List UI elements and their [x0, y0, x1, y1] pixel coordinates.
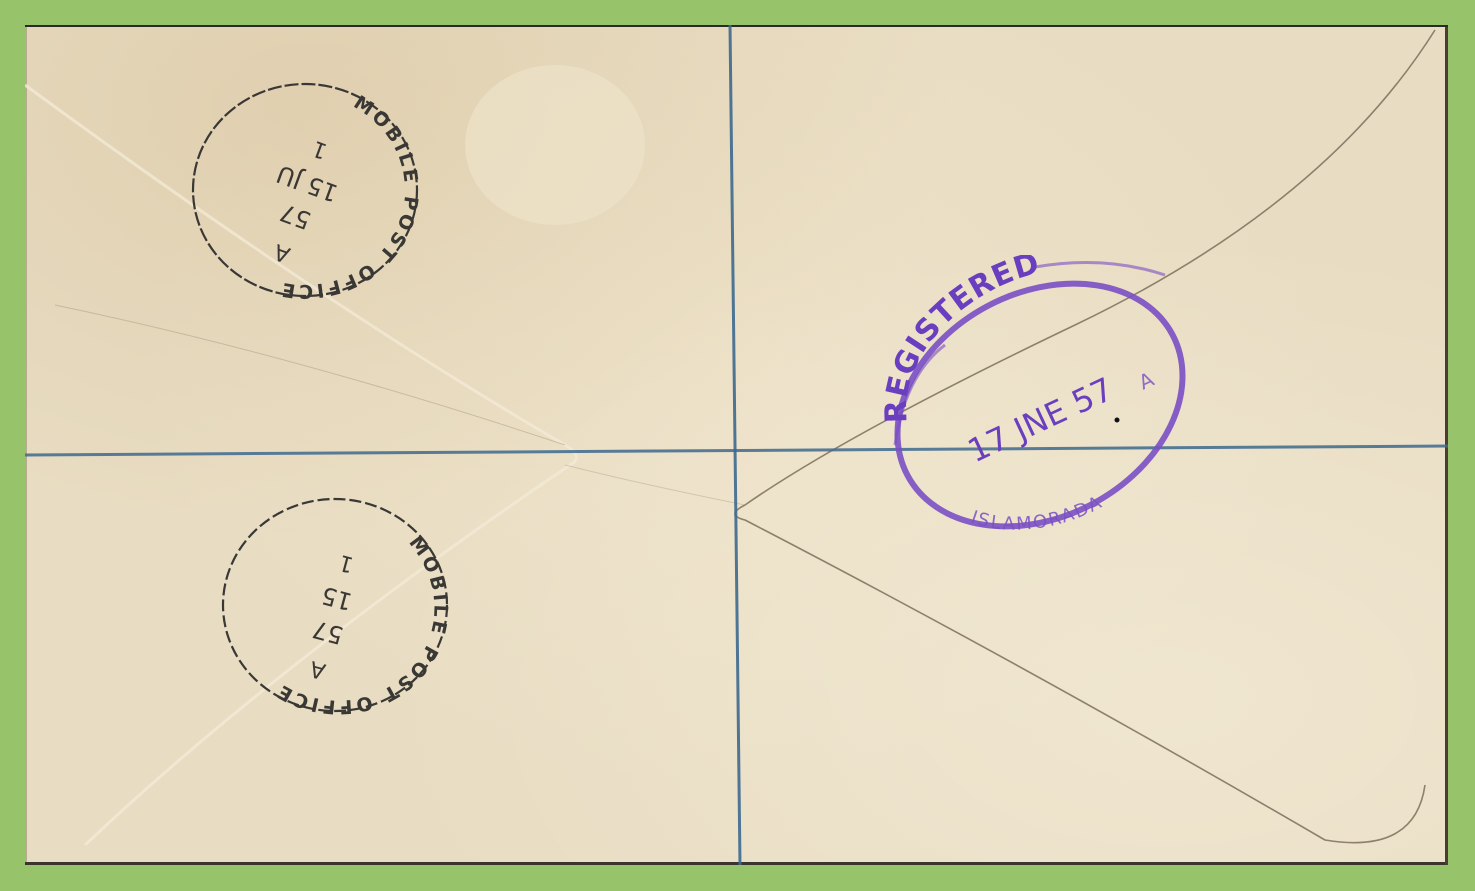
envelope-back: MOBILE POST OFFICE A 57 15 JU 1 MOBILE P… [25, 25, 1448, 865]
svg-text:57: 57 [309, 615, 346, 650]
office-name-text: ISLAMORADA [968, 491, 1106, 534]
svg-text:15: 15 [318, 581, 355, 616]
registered-date: 17 JNE 57 [962, 370, 1119, 470]
postmark-mobile-post-office-bottom: MOBILE POST OFFICE A 57 15 1 [215, 490, 455, 720]
ring-text: MOBILE POST OFFICE [278, 92, 422, 302]
svg-text:1: 1 [336, 549, 356, 577]
postmark-mobile-post-office-top: MOBILE POST OFFICE A 57 15 JU 1 [185, 75, 425, 305]
ring-text: MOBILE POST OFFICE [271, 503, 455, 720]
svg-text:ISLAMORADA: ISLAMORADA [968, 491, 1106, 534]
svg-text:15 JU: 15 JU [273, 160, 342, 208]
svg-text:1: 1 [309, 135, 331, 163]
svg-text:57: 57 [276, 198, 314, 235]
svg-text:MOBILE POST OFFICE: MOBILE POST OFFICE [278, 92, 422, 302]
svg-text:A: A [307, 655, 328, 683]
svg-text:A: A [271, 238, 294, 267]
registered-oval-stamp: REGISTERED ISLAMORADA 17 JNE 57 A [875, 255, 1205, 555]
svg-text:MOBILE POST OFFICE: MOBILE POST OFFICE [271, 503, 455, 720]
side-letter: A [1135, 367, 1158, 395]
